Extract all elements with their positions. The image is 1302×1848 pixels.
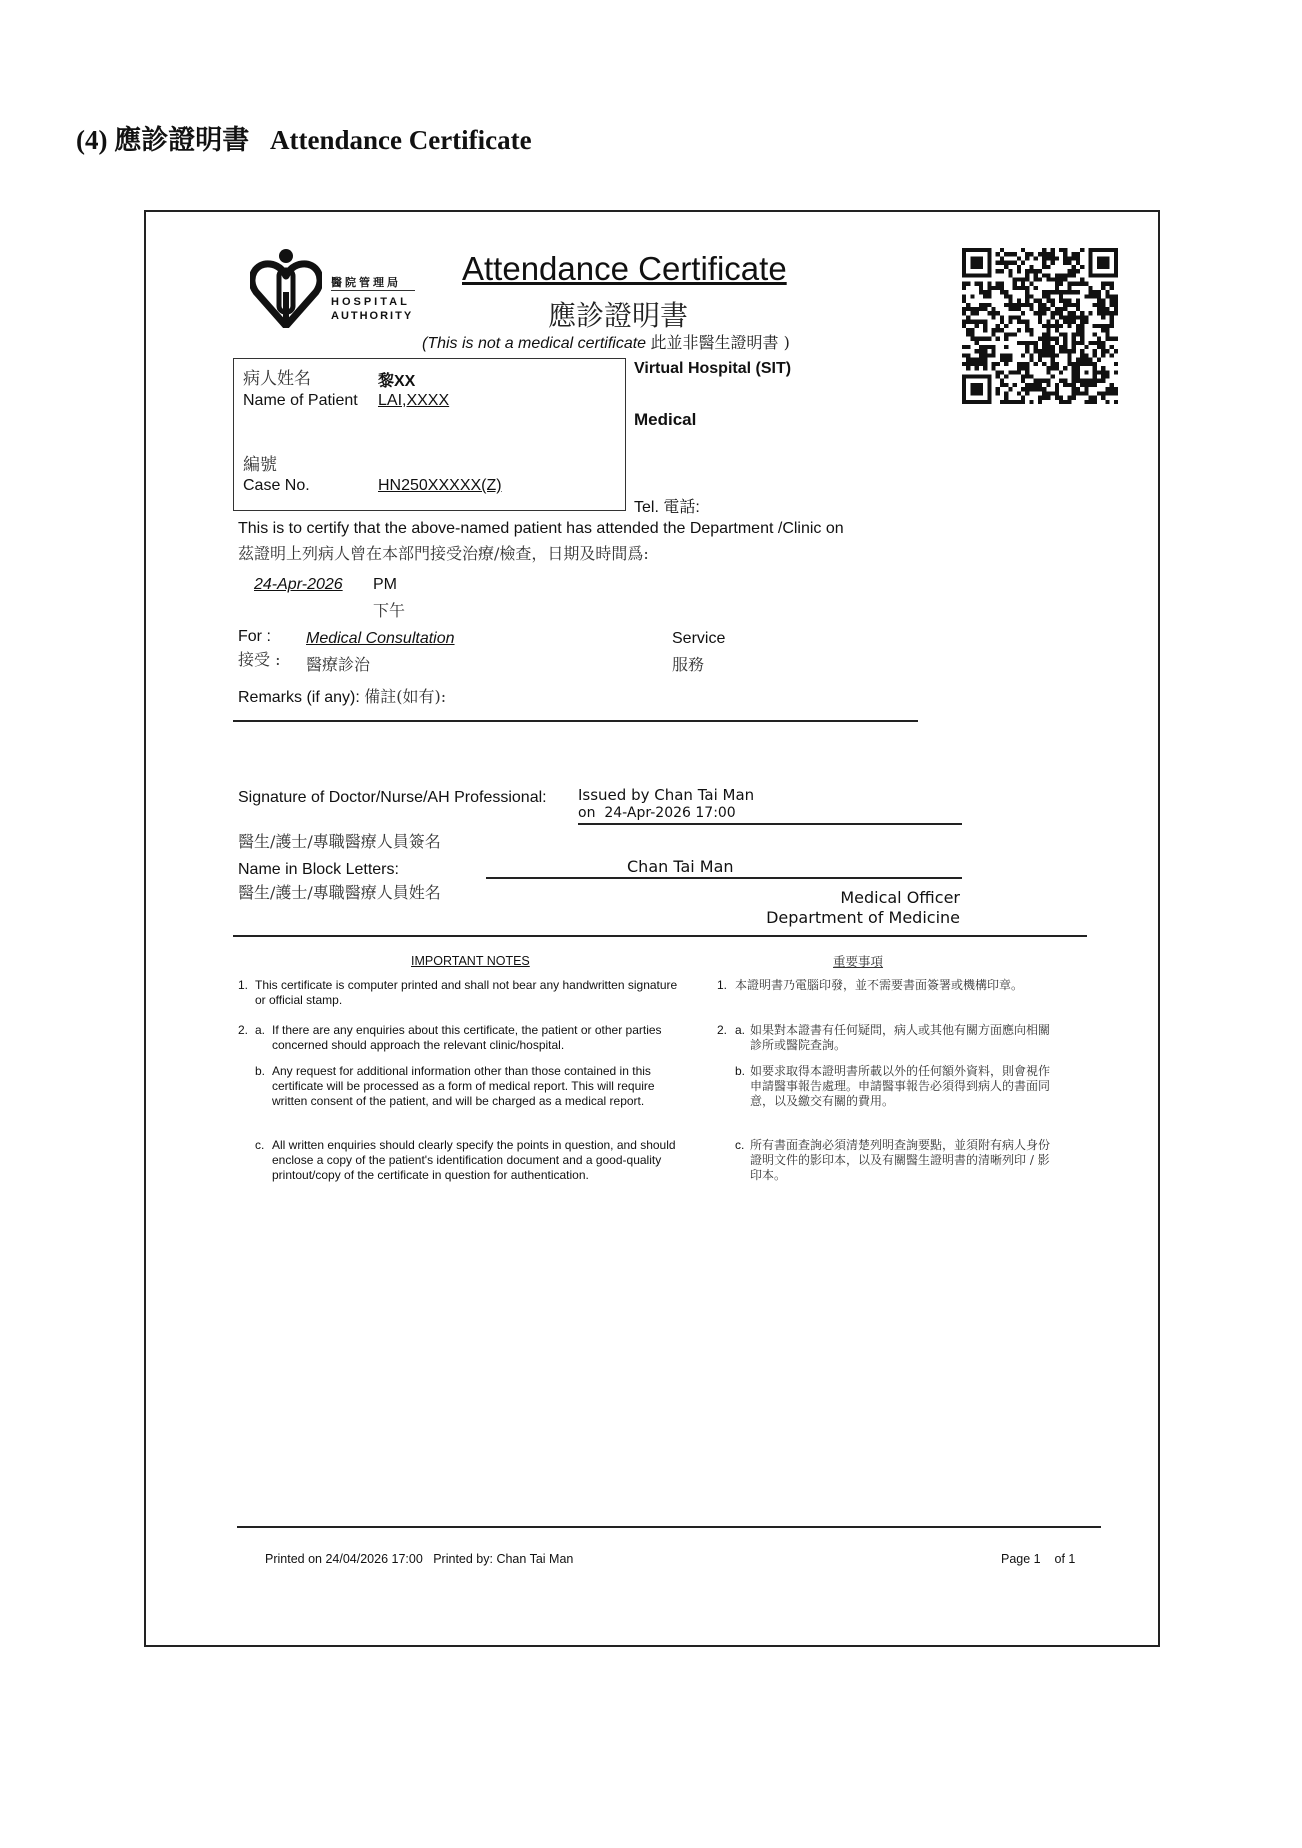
note-en-2b: Any request for additional information o…: [272, 1064, 684, 1109]
case-no-value: HN250XXXXX(Z): [378, 477, 502, 495]
note-letter: b.: [255, 1064, 265, 1079]
note-cjk-1: 本證明書乃電腦印發，並不需要書面簽署或機構印章。: [735, 978, 1075, 993]
note-letter: a.: [735, 1023, 745, 1038]
tel-label: Tel. 電話:: [634, 494, 700, 517]
note-number: 1.: [238, 978, 248, 993]
note-letter: b.: [735, 1064, 745, 1079]
note-en-2c: All written enquiries should clearly spe…: [272, 1138, 684, 1183]
disclaimer-cjk: 此並非醫生證明書 ): [651, 333, 790, 352]
note-letter: c.: [735, 1138, 744, 1153]
issued-on: on 24-Apr-2026 17:00: [578, 805, 736, 821]
page-current: Page 1: [1001, 1552, 1041, 1566]
patient-name-label-en: Name of Patient: [243, 392, 358, 410]
case-no-label-cjk: 編號: [243, 450, 277, 475]
issued-on-prefix: on: [578, 805, 595, 821]
officer-title: Medical Officer: [840, 888, 960, 907]
logo-divider: [331, 290, 415, 291]
attendance-date: 24-Apr-2026: [254, 576, 343, 594]
notes-divider: [233, 935, 1087, 937]
page-total: of 1: [1055, 1552, 1076, 1566]
printed-by: Printed by: Chan Tai Man: [433, 1552, 573, 1566]
remarks-line: [233, 720, 918, 722]
signature-line: [578, 823, 962, 825]
note-cjk-2c: 所有書面查詢必須清楚列明查詢要點，並須附有病人身份證明文件的影印本，以及有關醫生…: [750, 1138, 1050, 1183]
note-cjk-2b: 如要求取得本證明書所載以外的任何額外資料，則會視作申請醫事報告處理。申請醫事報告…: [750, 1064, 1050, 1109]
footer-divider: [237, 1526, 1101, 1528]
logo-en-line1: HOSPITAL: [331, 296, 410, 308]
page-heading: (4) 應診證明書 Attendance Certificate: [76, 118, 532, 157]
note-letter: c.: [255, 1138, 264, 1153]
note-cjk-2a: 如果對本證書有任何疑問，病人或其他有關方面應向相關診所或醫院查詢。: [750, 1023, 1050, 1053]
certify-statement-en: This is to certify that the above-named …: [238, 520, 844, 538]
service-label-cjk: 服務: [672, 652, 704, 675]
note-en-2a: If there are any enquiries about this ce…: [272, 1023, 682, 1053]
page-number: Page 1 of 1: [1001, 1552, 1075, 1566]
hospital-name: Virtual Hospital (SIT): [634, 360, 791, 378]
signature-label-cjk: 醫生/護士/專職醫療人員簽名: [238, 829, 441, 852]
note-letter: a.: [255, 1023, 265, 1038]
note-number: 2.: [238, 1023, 248, 1038]
attendance-ampm: PM: [373, 576, 397, 594]
note-number: 2.: [717, 1023, 727, 1038]
block-letters-line: [486, 877, 962, 879]
disclaimer-en: (This is not a medical certificate: [422, 335, 646, 352]
disclaimer: (This is not a medical certificate 此並非醫生…: [422, 330, 790, 353]
remarks-label-cjk: 備註(如有):: [364, 687, 446, 706]
block-letters-label: Name in Block Letters:: [238, 861, 399, 879]
note-en-1: This certificate is computer printed and…: [255, 978, 685, 1008]
printed-on-value: 24/04/2026 17:00: [325, 1552, 422, 1566]
patient-name-label-cjk: 病人姓名: [243, 364, 311, 389]
attendance-ampm-cjk: 下午: [373, 598, 405, 621]
heading-en: Attendance Certificate: [270, 125, 532, 155]
for-value: Medical Consultation: [306, 630, 455, 648]
remarks-label-en: Remarks (if any):: [238, 689, 360, 706]
qr-code-icon: [962, 248, 1118, 404]
patient-name-cjk: 黎XX: [378, 368, 415, 391]
heading-number: (4): [76, 125, 107, 155]
certificate-title: Attendance Certificate: [462, 250, 787, 288]
hospital-authority-logo-icon: [250, 248, 322, 333]
important-notes-heading-cjk: 重要事項: [833, 954, 883, 969]
heading-cjk: 應診證明書: [114, 125, 249, 156]
printed-on-label: Printed on: [265, 1552, 322, 1566]
remarks-label: Remarks (if any): 備註(如有):: [238, 684, 446, 707]
officer-department: Department of Medicine: [766, 908, 960, 927]
issued-by: Issued by Chan Tai Man: [578, 786, 754, 804]
logo-cjk: 醫院管理局: [331, 274, 401, 290]
issued-on-value: 24-Apr-2026 17:00: [604, 805, 735, 821]
service-label: Service: [672, 630, 725, 648]
patient-name-en: LAI,XXXX: [378, 392, 449, 410]
certify-statement-cjk: 茲證明上列病人曾在本部門接受治療/檢查，日期及時間爲:: [238, 541, 649, 564]
for-label-cjk: 接受 :: [238, 647, 280, 670]
note-number: 1.: [717, 978, 727, 993]
printed-info: Printed on 24/04/2026 17:00 Printed by: …: [265, 1552, 573, 1566]
signature-label: Signature of Doctor/Nurse/AH Professiona…: [238, 789, 547, 807]
important-notes-heading: IMPORTANT NOTES: [411, 954, 530, 969]
for-value-cjk: 醫療診治: [306, 652, 370, 675]
block-letters-name: Chan Tai Man: [627, 857, 734, 876]
case-no-label-en: Case No.: [243, 477, 310, 495]
block-letters-label-cjk: 醫生/護士/專職醫療人員姓名: [238, 880, 441, 903]
department-name: Medical: [634, 410, 696, 430]
logo-en-line2: AUTHORITY: [331, 310, 413, 322]
certificate-title-cjk: 應診證明書: [548, 294, 688, 334]
for-label: For :: [238, 628, 271, 646]
